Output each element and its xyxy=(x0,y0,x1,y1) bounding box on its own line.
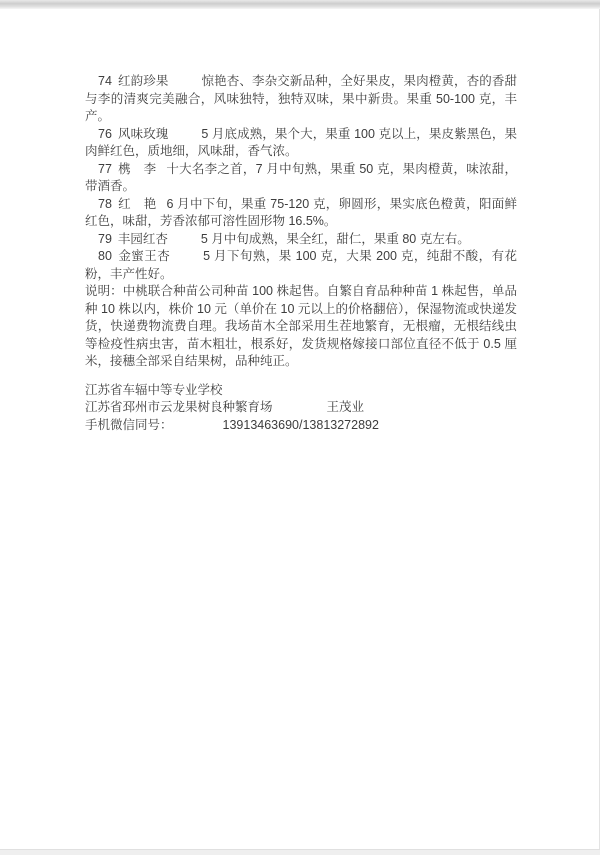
item-number: 74 xyxy=(98,74,112,88)
item-name: 红 艳 xyxy=(118,197,157,211)
item-number: 80 xyxy=(98,249,112,263)
item-name: 丰园红杏 xyxy=(118,232,168,246)
phone-label: 手机微信同号： xyxy=(85,418,173,432)
item-name: 金蜜王杏 xyxy=(118,249,170,263)
variety-item-78: 78红 艳6 月中下旬，果重 75-120 克，卵圆形，果实底色橙黄，阳面鲜红色… xyxy=(85,196,517,231)
page-top-edge xyxy=(0,0,600,9)
item-number: 77 xyxy=(98,162,112,176)
contact-footer: 江苏省车辐中等专业学校 江苏省邳州市云龙果树良种繁育场王茂业 手机微信同号：13… xyxy=(85,382,517,435)
farm-name: 江苏省邳州市云龙果树良种繁育场 xyxy=(85,400,273,414)
phone-line: 手机微信同号：13913463690/13813272892 xyxy=(85,417,517,435)
variety-item-77: 77槜 李十大名李之首，7 月中旬熟，果重 50 克，果肉橙黄，味浓甜，带酒香。 xyxy=(85,161,517,196)
item-number: 76 xyxy=(98,127,112,141)
item-description: 5 月中旬成熟，果全红，甜仁，果重 80 克左右。 xyxy=(201,232,470,246)
item-name: 红韵珍果 xyxy=(118,74,169,88)
document-page: 74红韵珍果惊艳杏、李杂交新品种，全好果皮，果肉橙黄，杏的香甜与李的清爽完美融合… xyxy=(0,0,600,855)
phone-numbers: 13913463690/13813272892 xyxy=(223,418,379,432)
school-line: 江苏省车辐中等专业学校 xyxy=(85,382,517,400)
item-number: 78 xyxy=(98,197,112,211)
variety-item-74: 74红韵珍果惊艳杏、李杂交新品种，全好果皮，果肉橙黄，杏的香甜与李的清爽完美融合… xyxy=(85,73,517,126)
contact-person: 王茂业 xyxy=(327,400,365,414)
item-number: 79 xyxy=(98,232,112,246)
sales-note-paragraph: 说明：中桃联合种苗公司种苗 100 株起售。自繁自育品种种苗 1 株起售，单品种… xyxy=(85,283,517,371)
variety-item-80: 80金蜜王杏5 月下旬熟，果 100 克，大果 200 克，纯甜不酸，有花粉，丰… xyxy=(85,248,517,283)
variety-item-79: 79丰园红杏5 月中旬成熟，果全红，甜仁，果重 80 克左右。 xyxy=(85,231,517,249)
variety-item-76: 76风味玫瑰5 月底成熟，果个大，果重 100 克以上，果皮紫黑色，果肉鲜红色，… xyxy=(85,126,517,161)
farm-line: 江苏省邳州市云龙果树良种繁育场王茂业 xyxy=(85,399,517,417)
document-content: 74红韵珍果惊艳杏、李杂交新品种，全好果皮，果肉橙黄，杏的香甜与李的清爽完美融合… xyxy=(0,9,600,434)
page-bottom-edge xyxy=(0,849,600,855)
item-name: 风味玫瑰 xyxy=(118,127,169,141)
item-name: 槜 李 xyxy=(118,162,157,176)
